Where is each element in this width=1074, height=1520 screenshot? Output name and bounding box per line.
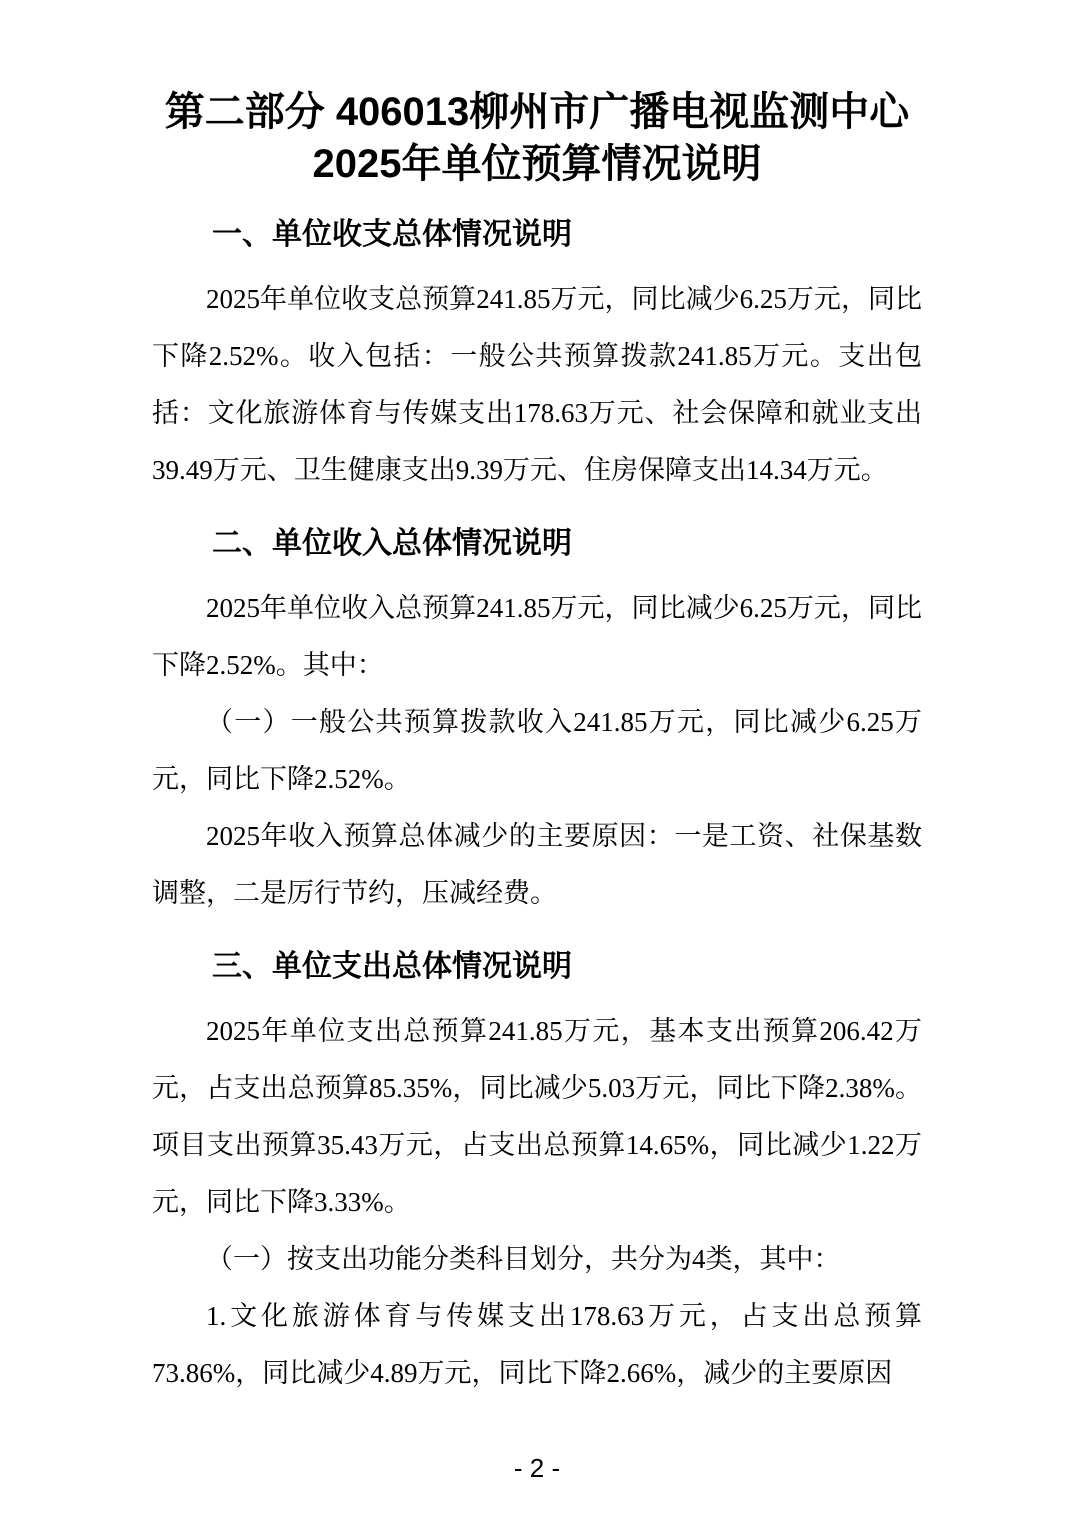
title-line-2: 2025年单位预算情况说明 <box>313 142 762 186</box>
paragraph: 1.文化旅游体育与传媒支出178.63万元，占支出总预算73.86%，同比减少4… <box>152 1288 922 1402</box>
section-heading-expenditure-overview: 三、单位支出总体情况说明 <box>152 938 922 995</box>
page-number: - 2 - <box>0 1453 1074 1484</box>
paragraph: 2025年单位支出总预算241.85万元，基本支出预算206.42万元，占支出总… <box>152 1003 922 1231</box>
paragraph: （一）一般公共预算拨款收入241.85万元，同比减少6.25万元，同比下降2.5… <box>152 694 922 808</box>
title-line-1: 第二部分 406013柳州市广播电视监测中心 <box>165 90 910 134</box>
paragraph: 2025年单位收入总预算241.85万元，同比减少6.25万元，同比下降2.52… <box>152 580 922 694</box>
paragraph: （一）按支出功能分类科目划分，共分为4类，其中： <box>152 1231 922 1288</box>
section-heading-income-expenditure-overview: 一、单位收支总体情况说明 <box>152 206 922 263</box>
document-title: 第二部分 406013柳州市广播电视监测中心2025年单位预算情况说明 <box>152 86 922 190</box>
document-page: 第二部分 406013柳州市广播电视监测中心2025年单位预算情况说明 一、单位… <box>0 0 1074 1520</box>
paragraph: 2025年收入预算总体减少的主要原因：一是工资、社保基数调整，二是厉行节约，压减… <box>152 808 922 922</box>
paragraph: 2025年单位收支总预算241.85万元，同比减少6.25万元，同比下降2.52… <box>152 271 922 499</box>
section-heading-income-overview: 二、单位收入总体情况说明 <box>152 515 922 572</box>
document-content: 第二部分 406013柳州市广播电视监测中心2025年单位预算情况说明 一、单位… <box>0 0 1074 1402</box>
